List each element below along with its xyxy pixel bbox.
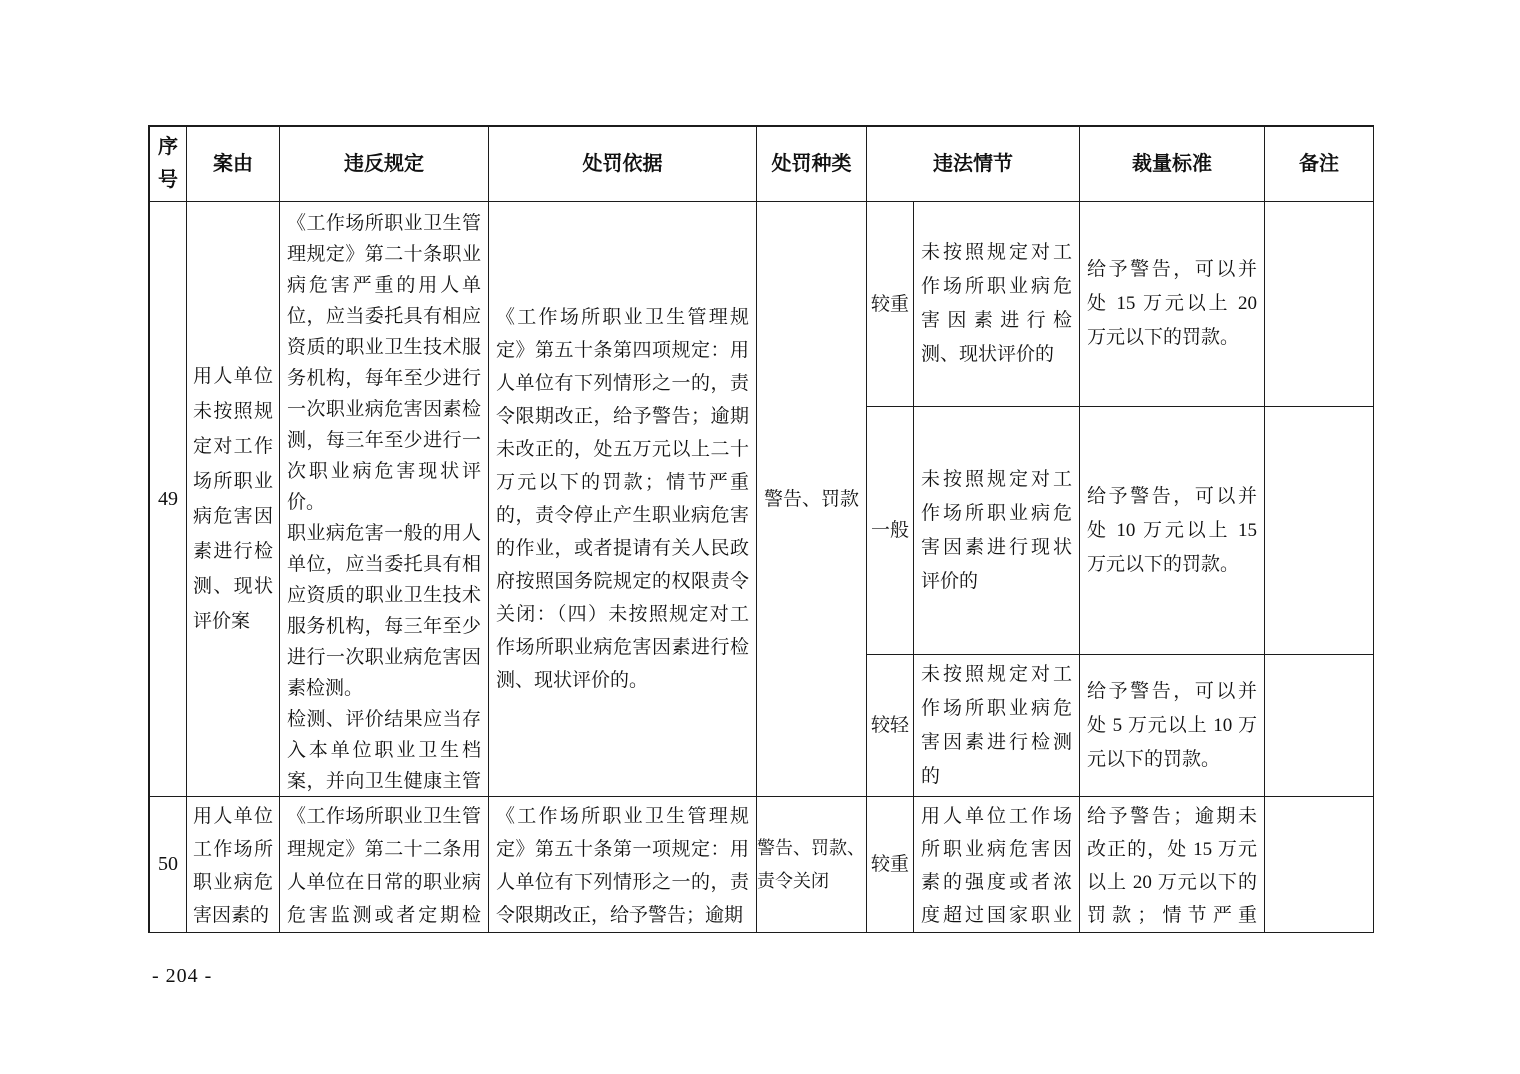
cell-text: 一般 (867, 514, 913, 547)
header-index-label: 序号 (152, 131, 184, 197)
row-50-standard-1: 给予警告；逾期未改正的，处 15 万元以上 20 万元以下的罚款；情节严重的，责… (1080, 797, 1265, 933)
row-49-penalty-type: 警告、罚款 (757, 202, 867, 797)
row-49-standard-3: 给予警告，可以并处 5 万元以上 10 万元以下的罚款。 (1080, 655, 1265, 797)
cell-text: 50 (150, 848, 186, 881)
header-violation: 违反规定 (280, 127, 489, 202)
cell-text: 给予警告，可以并处 10 万元以上 15 万元以下的罚款。 (1080, 480, 1264, 582)
row-49-level-3: 较轻 (867, 655, 914, 797)
header-basis-label: 处罚依据 (489, 148, 756, 181)
row-49-remark-3 (1265, 655, 1374, 797)
cell-text: 给予警告，可以并处 5 万元以上 10 万元以下的罚款。 (1080, 675, 1264, 777)
row-50-level-1: 较重 (867, 797, 914, 933)
row-50-case: 用人单位工作场所职业病危害因素的 (187, 797, 280, 933)
header-circumstance: 违法情节 (867, 127, 1080, 202)
document-page: 序号 案由 违反规定 处罚依据 处罚种类 违法情节 裁量标准 备注 49 用人单… (0, 0, 1520, 1074)
row-49-standard-1: 给予警告，可以并处 15 万元以上 20 万元以下的罚款。 (1080, 202, 1265, 407)
cell-text: 用人单位未按照规定对工作场所职业病危害因素进行检测、现状评价案 (187, 359, 279, 639)
row-49-violation: 《工作场所职业卫生管理规定》第二十条职业病危害严重的用人单位，应当委托具有相应资… (280, 202, 489, 797)
cell-text: 未按照规定对工作场所职业病危害因素进行现状评价的 (914, 463, 1079, 599)
page-number: - 204 - (152, 965, 212, 988)
cell-text: 给予警告，可以并处 15 万元以上 20 万元以下的罚款。 (1080, 253, 1264, 355)
cell-text: 较轻 (867, 709, 913, 742)
row-49-basis: 《工作场所职业卫生管理规定》第五十条第四项规定：用人单位有下列情形之一的，责令限… (489, 202, 757, 797)
row-50-basis: 《工作场所职业卫生管理规定》第五十条第一项规定：用人单位有下列情形之一的，责令限… (489, 797, 757, 933)
row-49-level-1: 较重 (867, 202, 914, 407)
header-standard-label: 裁量标准 (1080, 148, 1264, 181)
header-case: 案由 (187, 127, 280, 202)
header-penalty-type-label: 处罚种类 (757, 148, 866, 181)
cell-text: 较重 (867, 288, 913, 321)
header-case-label: 案由 (187, 148, 279, 181)
header-remark-label: 备注 (1265, 148, 1373, 181)
row-50-index: 50 (150, 797, 187, 933)
cell-text: 《工作场所职业卫生管理规定》第五十条第四项规定：用人单位有下列情形之一的，责令限… (489, 301, 756, 697)
row-49-remark-2 (1265, 407, 1374, 655)
header-remark: 备注 (1265, 127, 1374, 202)
row-49-index: 49 (150, 202, 187, 797)
cell-text (1265, 407, 1373, 654)
row-50-violation: 《工作场所职业卫生管理规定》第二十二条用人单位在日常的职业病危害监测或者定期检测… (280, 797, 489, 933)
row-49-remark-1 (1265, 202, 1374, 407)
cell-text: 警告、罚款、责令关闭 (757, 832, 866, 898)
row-49-case: 用人单位未按照规定对工作场所职业病危害因素进行检测、现状评价案 (187, 202, 280, 797)
cell-text: 未按照规定对工作场所职业病危害因素进行检测、现状评价的 (914, 236, 1079, 372)
header-standard: 裁量标准 (1080, 127, 1265, 202)
row-50-circumstance-1: 用人单位工作场所职业病危害因素的强度或者浓度超过国家职业卫生标准 (914, 797, 1080, 933)
cell-text (1265, 202, 1373, 406)
header-circumstance-label: 违法情节 (867, 148, 1079, 181)
cell-text: 未按照规定对工作场所职业病危害因素进行检测的 (914, 658, 1079, 794)
cell-text: 用人单位工作场所职业病危害因素的 (187, 797, 279, 932)
cell-text (1265, 797, 1373, 932)
cell-text (1265, 655, 1373, 796)
header-basis: 处罚依据 (489, 127, 757, 202)
row-49-circumstance-1: 未按照规定对工作场所职业病危害因素进行检测、现状评价的 (914, 202, 1080, 407)
cell-text: 较重 (867, 848, 913, 881)
row-50-penalty-type: 警告、罚款、责令关闭 (757, 797, 867, 933)
row-49-level-2: 一般 (867, 407, 914, 655)
row-49-circumstance-2: 未按照规定对工作场所职业病危害因素进行现状评价的 (914, 407, 1080, 655)
cell-text: 给予警告；逾期未改正的，处 15 万元以上 20 万元以下的罚款；情节严重的，责… (1080, 797, 1264, 933)
row-49-circumstance-3: 未按照规定对工作场所职业病危害因素进行检测的 (914, 655, 1080, 797)
header-index: 序号 (150, 127, 187, 202)
cell-text: 49 (150, 483, 186, 516)
cell-text: 用人单位工作场所职业病危害因素的强度或者浓度超过国家职业卫生标准 (914, 797, 1079, 933)
row-49-standard-2: 给予警告，可以并处 10 万元以上 15 万元以下的罚款。 (1080, 407, 1265, 655)
row-50-remark-1 (1265, 797, 1374, 933)
header-penalty-type: 处罚种类 (757, 127, 867, 202)
header-violation-label: 违反规定 (280, 148, 488, 181)
cell-text: 《工作场所职业卫生管理规定》第二十条职业病危害严重的用人单位，应当委托具有相应资… (280, 202, 488, 797)
cell-text: 《工作场所职业卫生管理规定》第五十条第一项规定：用人单位有下列情形之一的，责令限… (489, 797, 756, 932)
cell-text: 警告、罚款 (757, 483, 866, 516)
penalty-discretion-table: 序号 案由 违反规定 处罚依据 处罚种类 违法情节 裁量标准 备注 49 用人单… (148, 125, 1374, 933)
cell-text: 《工作场所职业卫生管理规定》第二十二条用人单位在日常的职业病危害监测或者定期检测… (280, 797, 488, 933)
